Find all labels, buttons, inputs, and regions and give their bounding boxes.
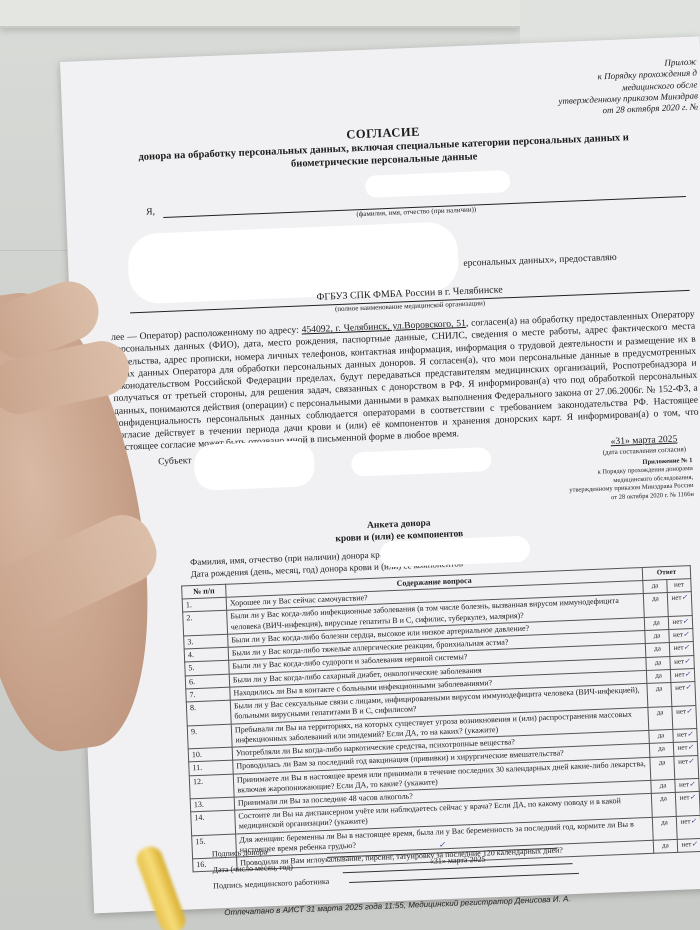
medic-signature-line: [349, 873, 579, 883]
redaction: [380, 536, 531, 568]
answer-no-label: нет: [674, 657, 684, 665]
answer-no[interactable]: нет✓: [672, 705, 697, 729]
answer-no[interactable]: нет✓: [670, 655, 695, 669]
answer-no-label: нет: [673, 631, 683, 639]
question-number: 8.: [186, 700, 231, 725]
consent-document: Прилож к Порядку прохождения д медицинск…: [60, 36, 700, 913]
answer-yes[interactable]: да: [644, 616, 669, 630]
answer-no-label: нет: [677, 730, 687, 738]
checkmark-icon: ✓: [689, 780, 695, 788]
question-number: 14.: [191, 810, 236, 835]
checkmark-icon: ✓: [684, 670, 690, 678]
answer-no-label: нет: [680, 817, 690, 825]
checkmark-icon: ✓: [686, 707, 692, 715]
answer-no-label: нет: [675, 684, 685, 692]
subject-label: Субъект: [158, 455, 192, 469]
answer-yes[interactable]: да: [645, 630, 670, 644]
answer-no-label: нет: [675, 670, 685, 678]
answer-yes[interactable]: да: [645, 643, 670, 657]
answer-no-label: нет: [679, 794, 689, 802]
checkmark-icon: ✓: [689, 793, 695, 801]
answer-no[interactable]: нет✓: [677, 839, 700, 853]
checkmark-icon: ✓: [691, 840, 697, 848]
redaction: [351, 447, 492, 477]
checkmark-icon: ✓: [685, 683, 691, 691]
answer-yes[interactable]: да: [649, 743, 674, 757]
ya-label: Я,: [146, 206, 155, 219]
answer-no[interactable]: нет: [667, 579, 692, 593]
answer-no[interactable]: нет✓: [669, 642, 694, 656]
answer-yes[interactable]: да: [650, 756, 675, 780]
question-number: 2.: [183, 611, 228, 636]
checkmark-icon: ✓: [687, 730, 693, 738]
answer-no[interactable]: нет✓: [673, 729, 698, 743]
checkmark-icon: ✓: [688, 757, 694, 765]
checkmark-icon: ✓: [682, 617, 688, 625]
answer-no[interactable]: нет✓: [676, 815, 700, 839]
redaction: [193, 440, 315, 491]
answer-no-label: нет: [678, 757, 688, 765]
answer-no-label: нет: [676, 707, 686, 715]
answer-yes[interactable]: да: [646, 656, 671, 670]
answer-no[interactable]: нет✓: [670, 668, 695, 682]
answer-yes[interactable]: да: [652, 816, 677, 840]
question-number: 9.: [187, 724, 232, 749]
checkmark-icon: ✓: [683, 644, 689, 652]
answer-no[interactable]: нет✓: [667, 592, 692, 616]
checkmark-icon: ✓: [684, 657, 690, 665]
annex-small: Приложение № 1 к Порядку прохождения дон…: [568, 457, 694, 504]
answer-yes[interactable]: да: [649, 729, 674, 743]
wall-shelf: [0, 0, 520, 28]
consent-title-block: СОГЛАСИЕ донора на обработку персональны…: [63, 112, 700, 181]
partial-text: ерсональных данных», предоставляю: [463, 252, 617, 270]
consent-date: «31» марта 2025 (дата составления соглас…: [602, 433, 686, 458]
answer-no-label: нет: [679, 780, 689, 788]
answer-yes[interactable]: да: [653, 840, 678, 854]
questionnaire-table: № п/п Содержание вопроса Ответ 1.Хорошее…: [181, 565, 700, 873]
answer-no-label: нет: [672, 617, 682, 625]
question-number: 12.: [189, 774, 234, 799]
answer-yes[interactable]: да: [647, 683, 672, 707]
answer-yes[interactable]: да: [643, 580, 668, 594]
answer-no[interactable]: нет✓: [675, 792, 700, 816]
annex-header: Прилож к Порядку прохождения д медицинск…: [557, 56, 699, 118]
checkmark-icon: ✓: [687, 743, 693, 751]
date-label: Дата (число месяц, год): [212, 862, 293, 874]
answer-no[interactable]: нет✓: [668, 616, 693, 630]
consent-date-caption: (дата составления согласия): [603, 445, 687, 457]
answer-yes[interactable]: да: [651, 779, 676, 793]
printed-note: Отпечатано в АИСТ 31 марта 2025 года 11:…: [224, 894, 571, 918]
answer-yes[interactable]: да: [651, 793, 676, 817]
answer-no-label: нет: [674, 581, 684, 589]
answer-no[interactable]: нет✓: [674, 755, 699, 779]
checkmark-icon: ✓: [690, 817, 696, 825]
answer-no[interactable]: нет✓: [669, 629, 694, 643]
answer-no[interactable]: нет✓: [675, 778, 700, 792]
answer-no-label: нет: [681, 840, 691, 848]
answer-no-label: нет: [673, 644, 683, 652]
answer-no-label: нет: [671, 594, 681, 602]
medic-signature-label: Подпись медицинского работника: [213, 877, 329, 891]
answer-yes[interactable]: да: [646, 669, 671, 683]
answer-yes[interactable]: да: [643, 593, 668, 617]
consent-body: лее — Оператор) расположенному по адресу…: [111, 309, 699, 455]
checkmark-icon: ✓: [683, 630, 689, 638]
answer-no[interactable]: нет✓: [673, 742, 698, 756]
answer-yes[interactable]: да: [648, 706, 673, 730]
answer-no-label: нет: [677, 744, 687, 752]
answer-no[interactable]: нет✓: [671, 682, 696, 706]
checkmark-icon: ✓: [681, 594, 687, 602]
donor-signature-label: Подпись донора: [212, 847, 268, 858]
